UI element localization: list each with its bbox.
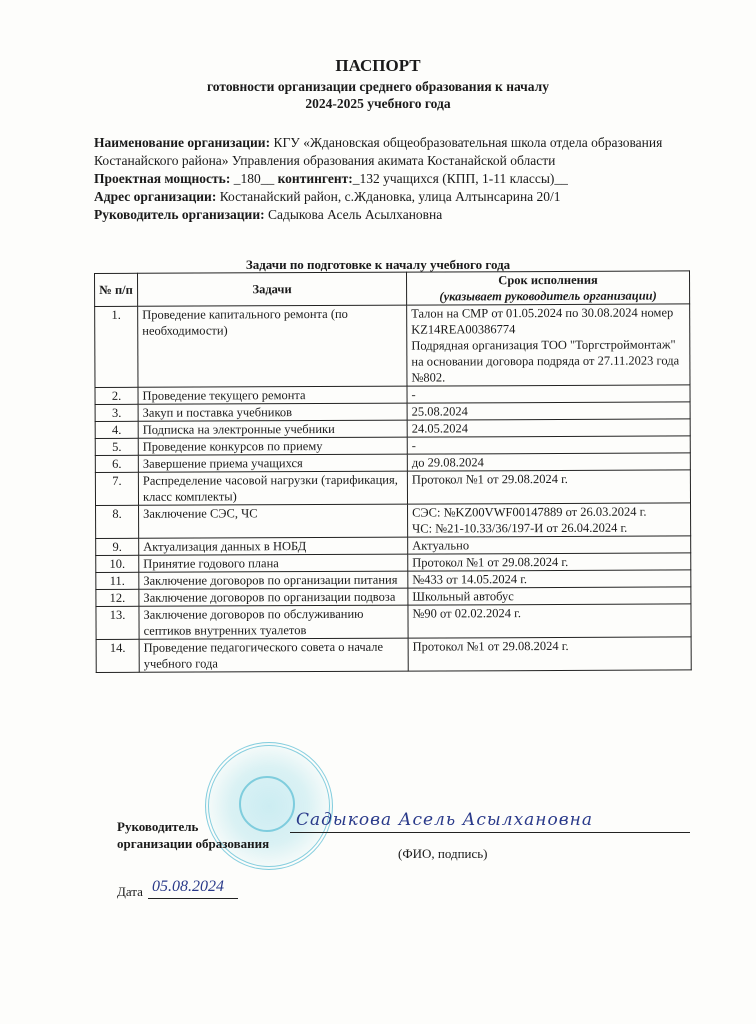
deadline-line: на основании договора подряда от 27.11.2… [411, 352, 685, 385]
deadline-line: ЧС: №21-10.33/36/197-И от 26.04.2024 г. [412, 519, 686, 536]
row-task: Проведение текущего ремонта [138, 386, 407, 404]
head-field: Руководитель организации: Садыкова Асель… [94, 206, 684, 224]
row-deadline: - [407, 436, 690, 454]
organization-info: Наименование организации: КГУ «Ждановска… [94, 134, 684, 224]
deadline-line: Протокол №1 от 29.08.2024 г. [412, 470, 686, 487]
deadline-line: 25.08.2024 [412, 402, 686, 419]
tasks-table: № п/п Задачи Срок исполнения (указывает … [94, 270, 692, 673]
header-num: № п/п [95, 273, 138, 306]
row-deadline: №90 от 02.02.2024 г. [408, 604, 691, 638]
row-deadline: Талон на СМР от 01.05.2024 по 30.08.2024… [407, 304, 690, 386]
row-task: Распределение часовой нагрузки (тарифика… [138, 471, 407, 505]
signature-caption: (ФИО, подпись) [398, 846, 488, 862]
header-deadline-title: Срок исполнения [411, 271, 685, 288]
address-field: Адрес организации: Костанайский район, с… [94, 188, 684, 206]
document-title: ПАСПОРТ [0, 56, 756, 76]
row-number: 11. [96, 572, 139, 589]
head-label: Руководитель организации: [94, 207, 265, 222]
header-deadline: Срок исполнения (указывает руководитель … [406, 271, 689, 305]
row-deadline: Школьный автобус [408, 587, 691, 605]
table-row: 7.Распределение часовой нагрузки (тарифи… [95, 470, 690, 506]
table-row: 14.Проведение педагогического совета о н… [96, 637, 691, 673]
row-deadline: до 29.08.2024 [407, 453, 690, 471]
deadline-line: Актуально [412, 536, 686, 553]
handwritten-signature: Садыкова Асель Асылхановна [296, 810, 593, 830]
row-task: Проведение конкурсов по приему [138, 437, 407, 455]
header-task: Задачи [138, 272, 407, 306]
row-task: Заключение договоров по организации подв… [139, 588, 408, 606]
contingent-label: контингент: [278, 171, 353, 186]
deadline-line: №90 от 02.02.2024 г. [412, 604, 686, 621]
deadline-line: - [412, 436, 686, 453]
row-number: 5. [95, 438, 138, 455]
row-task: Принятие годового плана [139, 554, 408, 572]
org-name-field: Наименование организации: КГУ «Ждановска… [94, 134, 684, 170]
capacity-label: Проектная мощность: [94, 171, 230, 186]
row-deadline: 24.05.2024 [407, 419, 690, 437]
deadline-line: №433 от 14.05.2024 г. [412, 570, 686, 587]
row-task: Заключение договоров по обслуживанию сеп… [139, 605, 408, 639]
row-task: Заключение договоров по организации пита… [139, 571, 408, 589]
deadline-line: Талон на СМР от 01.05.2024 по 30.08.2024… [411, 304, 685, 337]
capacity-field: Проектная мощность: _180__ контингент:_1… [94, 170, 684, 188]
capacity-value: _180__ [230, 171, 277, 186]
org-name-label: Наименование организации: [94, 135, 270, 150]
row-task: Проведение капитального ремонта (по необ… [138, 305, 407, 387]
row-task: Закуп и поставка учебников [138, 403, 407, 421]
row-number: 13. [96, 606, 139, 639]
row-deadline: - [407, 385, 690, 403]
row-deadline: Актуально [408, 536, 691, 554]
deadline-line: Школьный автобус [412, 587, 686, 604]
subtitle-line-1: готовности организации среднего образова… [0, 78, 756, 95]
signature-label-line-2: организации образования [117, 835, 269, 852]
row-deadline: СЭС: №KZ00VWF00147889 от 26.03.2024 г.ЧС… [408, 503, 691, 537]
row-number: 9. [96, 538, 139, 555]
row-number: 7. [95, 472, 138, 505]
address-value: Костанайский район, с.Ждановка, улица Ал… [216, 189, 560, 204]
date-label: Дата [117, 884, 143, 900]
table-body: 1.Проведение капитального ремонта (по не… [95, 304, 692, 673]
date-value: 05.08.2024 [152, 878, 224, 896]
head-value: Садыкова Асель Асылхановна [265, 207, 443, 222]
row-deadline: Протокол №1 от 29.08.2024 г. [408, 553, 691, 571]
table-row: 8.Заключение СЭС, ЧССЭС: №KZ00VWF0014788… [96, 503, 691, 539]
deadline-line: СЭС: №KZ00VWF00147889 от 26.03.2024 г. [412, 503, 686, 520]
table-header-row: № п/п Задачи Срок исполнения (указывает … [95, 271, 690, 307]
row-deadline: №433 от 14.05.2024 г. [408, 570, 691, 588]
row-task: Подписка на электронные учебники [138, 420, 407, 438]
row-task: Актуализация данных в НОБД [139, 537, 408, 555]
row-number: 8. [96, 505, 139, 538]
deadline-line: 24.05.2024 [412, 419, 686, 436]
row-number: 14. [96, 639, 139, 672]
row-task: Проведение педагогического совета о нача… [139, 638, 408, 672]
row-number: 3. [95, 404, 138, 421]
deadline-line: Протокол №1 от 29.08.2024 г. [412, 553, 686, 570]
subtitle-line-2: 2024-2025 учебного года [0, 95, 756, 112]
row-number: 12. [96, 589, 139, 606]
row-task: Завершение приема учащихся [138, 454, 407, 472]
row-number: 6. [95, 455, 138, 472]
row-number: 1. [95, 306, 138, 387]
row-number: 10. [96, 555, 139, 572]
header-deadline-note: (указывает руководитель организации) [411, 287, 685, 304]
contingent-value: _132 учащихся (КПП, 1-11 классы)__ [353, 171, 568, 186]
deadline-line: до 29.08.2024 [412, 453, 686, 470]
row-deadline: Протокол №1 от 29.08.2024 г. [408, 637, 691, 671]
signature-line [290, 832, 690, 833]
date-line [148, 898, 238, 899]
signature-label-line-1: Руководитель [117, 818, 269, 835]
signature-label: Руководитель организации образования [117, 818, 269, 852]
row-task: Заключение СЭС, ЧС [139, 504, 408, 538]
document-page: ПАСПОРТ готовности организации среднего … [0, 0, 756, 1024]
row-deadline: Протокол №1 от 29.08.2024 г. [407, 470, 690, 504]
deadline-line: Протокол №1 от 29.08.2024 г. [413, 637, 687, 654]
address-label: Адрес организации: [94, 189, 216, 204]
document-subtitle: готовности организации среднего образова… [0, 78, 756, 112]
row-number: 4. [95, 421, 138, 438]
table-row: 1.Проведение капитального ремонта (по не… [95, 304, 690, 388]
table-row: 13.Заключение договоров по обслуживанию … [96, 604, 691, 640]
row-deadline: 25.08.2024 [407, 402, 690, 420]
deadline-line: - [411, 385, 685, 402]
deadline-line: Подрядная организация ТОО "Торгстроймонт… [411, 336, 685, 353]
row-number: 2. [95, 387, 138, 404]
